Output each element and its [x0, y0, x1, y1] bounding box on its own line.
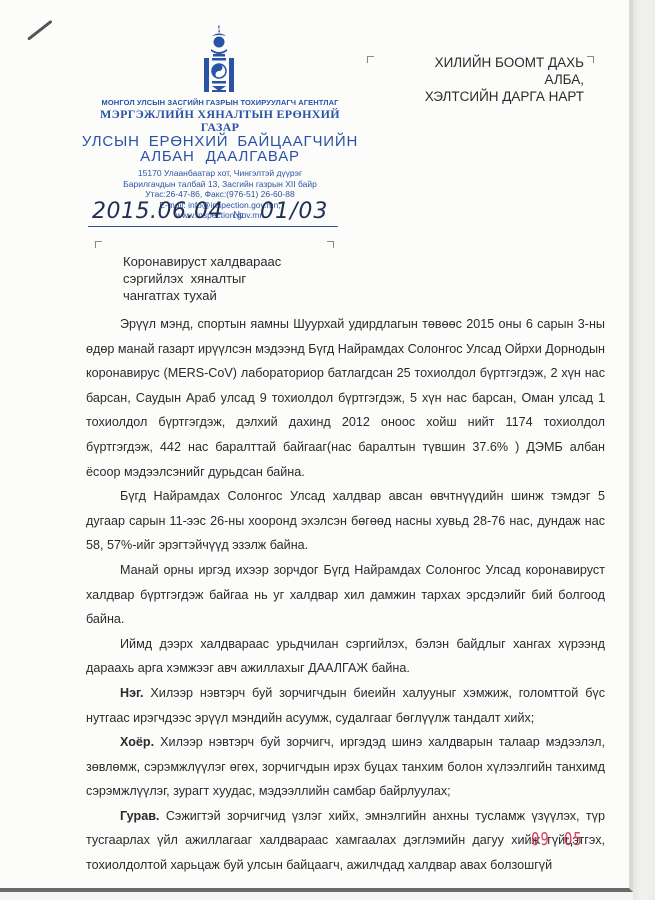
instruction-item: Хоёр. Хилээр нэвтэрч буй зорчигч, иргэдэ… [86, 730, 605, 804]
document-type-line2: АЛБАН ДААЛГАВАР [80, 149, 360, 165]
received-stamp: 0905 [531, 830, 597, 850]
item-label: Хоёр. [120, 735, 154, 749]
recipient-block: ХИЛИЙН БООМТ ДАХЬ АЛБА, ХЭЛТСИЙН ДАРГА Н… [404, 54, 584, 105]
reference-line: 2015.06.04 № 01/03 [88, 198, 338, 227]
body-paragraph: Эрүүл мэнд, спортын яамны Шуурхай удирдл… [86, 312, 605, 484]
handwritten-reference-number: 01/03 [260, 199, 328, 224]
recipient-corner-mark [367, 56, 374, 63]
subject-line: сэргийлэх хяналтыг [123, 270, 281, 287]
item-label: Гурав. [120, 809, 159, 823]
scan-edge [633, 0, 655, 900]
body-paragraph: Бүгд Найрамдах Солонгос Улсад халдвар ав… [86, 484, 605, 558]
subject-block: Коронавируст халдвараас сэргийлэх хяналт… [123, 253, 281, 304]
stamp-right: 05 [564, 830, 583, 850]
document-type-line1: УЛСЫН ЕРӨНХИЙ БАЙЦААГЧИЙН [80, 134, 360, 149]
handwritten-date: 2015.06.04 [92, 199, 223, 224]
agency-name: МЭРГЭЖЛИЙН ХЯНАЛТЫН ЕРӨНХИЙ ГАЗАР [80, 108, 360, 134]
document-page: МОНГОЛ УЛСЫН ЗАСГИЙН ГАЗРЫН ТОХИРУУЛАГЧ … [0, 0, 633, 892]
subject-line: чангатгах тухай [123, 287, 281, 304]
item-text: Хилээр нэвтэрч буй зорчигчдын биеийн хал… [86, 686, 605, 725]
address-line: Барилгачдын талбай 13, Засгийн газрын XI… [80, 179, 360, 190]
stamp-left: 09 [531, 830, 550, 850]
number-sign: № [233, 210, 244, 221]
instruction-item: Гурав. Сэжигтэй зорчигчид үзлэг хийх, эм… [86, 804, 605, 878]
body-paragraph: Иймд дээрх халдвараас урьдчилан сэргийлэ… [86, 632, 605, 681]
subject-corner-mark [95, 241, 102, 248]
address-line: 15170 Улаанбаатар хот, Чингэлтэй дүүрэг [80, 168, 360, 179]
recipient-corner-mark [587, 56, 594, 63]
soyombo-emblem-icon [199, 24, 239, 96]
pen-mark [27, 20, 52, 41]
item-text: Сэжигтэй зорчигчид үзлэг хийх, эмнэлгийн… [86, 809, 605, 872]
body-paragraph: Манай орны иргэд ихээр зорчдог Бүгд Найр… [86, 558, 605, 632]
item-text: Хилээр нэвтэрч буй зорчигч, иргэдэд шинэ… [86, 735, 605, 798]
item-label: Нэг. [120, 686, 144, 700]
instruction-item: Нэг. Хилээр нэвтэрч буй зорчигчдын биеий… [86, 681, 605, 730]
recipient-line: ХИЛИЙН БООМТ ДАХЬ АЛБА, [404, 54, 584, 88]
subject-corner-mark [327, 241, 334, 248]
recipient-line: ХЭЛТСИЙН ДАРГА НАРТ [404, 88, 584, 105]
letter-body: Эрүүл мэнд, спортын яамны Шуурхай удирдл… [86, 312, 605, 878]
subject-line: Коронавируст халдвараас [123, 253, 281, 270]
